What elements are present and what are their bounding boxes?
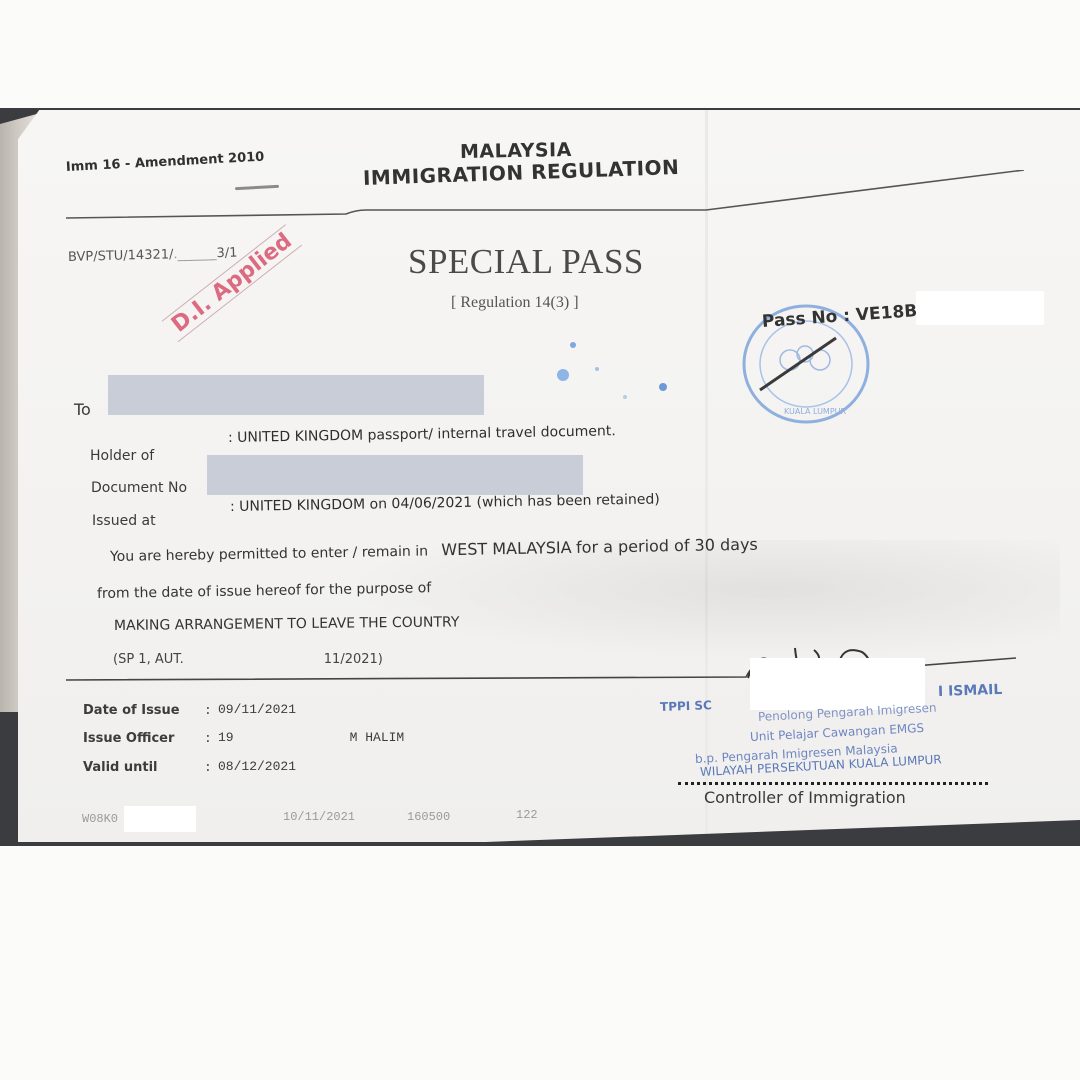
redacted-reference: .______	[173, 246, 217, 262]
ink-specks	[555, 335, 675, 405]
reference-prefix: BVP/STU/14321/	[68, 247, 174, 265]
top-divider-line	[66, 170, 1026, 230]
issue-officer-value: 19M HALIM	[218, 730, 404, 745]
svg-text:KUALA LUMPUR: KUALA LUMPUR	[784, 407, 847, 416]
redacted-document-number	[207, 455, 583, 495]
document-no-label: Document No	[91, 480, 187, 496]
permission-place: WEST MALAYSIA	[441, 538, 572, 559]
colon: :	[204, 703, 212, 718]
permission-period: for a period of 30 days	[576, 535, 758, 557]
date-of-issue-value: 09/11/2021	[218, 702, 296, 717]
valid-until-value: 08/12/2021	[218, 759, 296, 774]
controller-of-immigration: Controller of Immigration	[704, 788, 906, 807]
issue-officer-suffix: M HALIM	[350, 730, 405, 745]
print-date: 10/11/2021	[283, 810, 355, 824]
issued-at-label: Issued at	[92, 513, 156, 529]
redacted-recipient-name	[108, 375, 484, 415]
print-code: W08K0	[82, 812, 118, 826]
regulation-subtitle: [ Regulation 14(3) ]	[451, 294, 579, 312]
issue-officer-label: Issue Officer	[83, 731, 174, 746]
document-title: SPECIAL PASS	[408, 242, 644, 282]
holder-of-label: Holder of	[90, 448, 154, 464]
date-of-issue-label: Date of Issue	[83, 703, 180, 718]
reference-suffix: 3/1	[216, 246, 237, 262]
redacted-pass-number	[916, 291, 1044, 325]
signature-dotted-line	[678, 782, 988, 785]
officer-stamp-suffix: I ISMAIL	[938, 682, 1003, 700]
colon: :	[204, 760, 212, 775]
print-time: 160500	[407, 810, 450, 824]
redacted-print-code	[124, 806, 196, 832]
issue-officer-prefix: 19	[218, 730, 234, 745]
valid-until-label: Valid until	[83, 760, 158, 775]
to-label: To	[74, 400, 91, 419]
officer-stamp-prefix: TPPI SC	[660, 698, 712, 714]
print-number: 122	[516, 808, 538, 822]
colon: :	[204, 731, 212, 746]
